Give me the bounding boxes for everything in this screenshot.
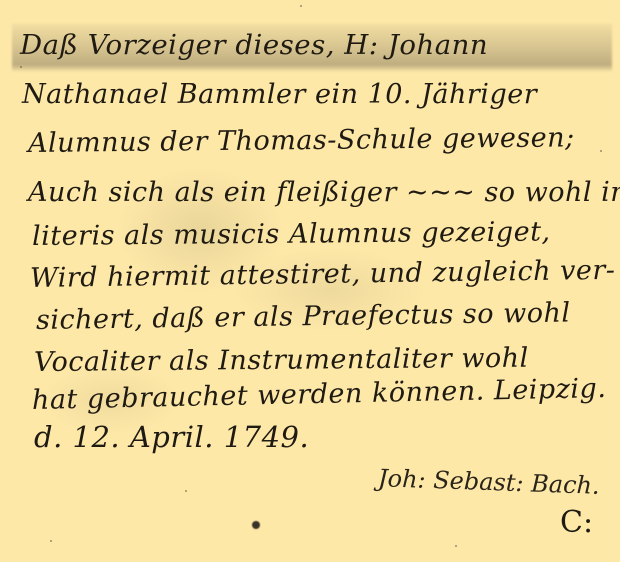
ink-speck bbox=[455, 545, 457, 547]
signature: Joh: Sebast: Bach. bbox=[378, 464, 601, 500]
manuscript-line-2: Nathanael Bammler ein 10. Jähriger bbox=[22, 79, 537, 110]
manuscript-line-4: Auch sich als ein fleißiger ~~~ so wohl … bbox=[28, 177, 620, 208]
manuscript-line-6: Wird hiermit attestiret, und zugleich ve… bbox=[30, 255, 616, 294]
manuscript-line-3: Alumnus der Thomas-Schule gewesen; bbox=[28, 122, 575, 159]
ink-speck bbox=[185, 490, 187, 492]
manuscript-line-7: sichert, daß er als Praefectus so wohl bbox=[36, 298, 571, 336]
manuscript-page: Daß Vorzeiger dieses, H: Johann Nathanae… bbox=[0, 0, 620, 562]
signature-flourish: C: bbox=[560, 505, 593, 540]
manuscript-line-5: literis als musicis Alumnus gezeiget, bbox=[32, 216, 551, 252]
manuscript-date-line: d. 12. April. 1749. bbox=[34, 420, 309, 454]
manuscript-line-1: Daß Vorzeiger dieses, H: Johann bbox=[20, 30, 488, 61]
manuscript-line-8: Vocaliter als Instrumentaliter wohl bbox=[34, 343, 529, 378]
ink-speck bbox=[50, 540, 52, 542]
ink-speck bbox=[20, 66, 22, 68]
ink-speck bbox=[300, 5, 302, 7]
manuscript-line-9: hat gebrauchet werden können. Leipzig. bbox=[32, 373, 607, 416]
ink-blot bbox=[252, 521, 260, 529]
ink-speck bbox=[600, 150, 602, 152]
